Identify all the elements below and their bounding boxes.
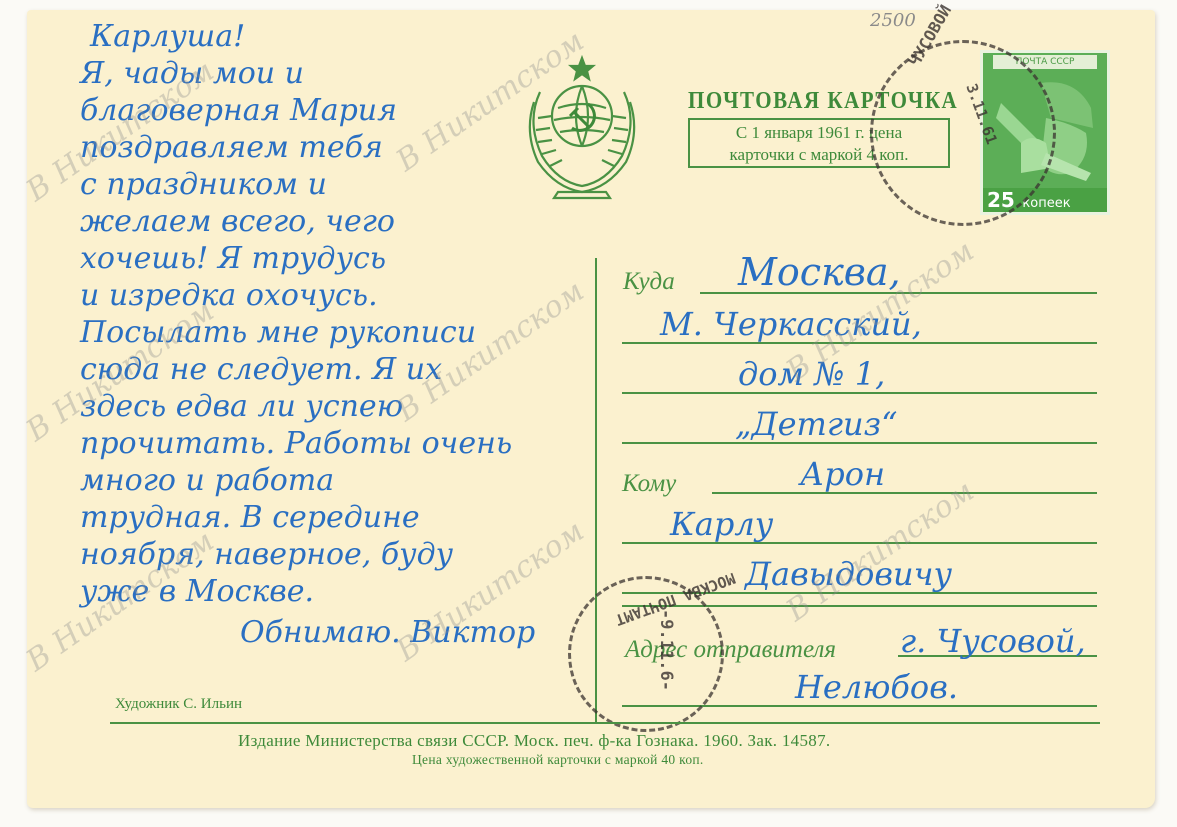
ussr-emblem-icon: [518, 52, 646, 202]
handwritten-org: „Детгиз“: [735, 405, 897, 443]
artist-credit: Художник С. Ильин: [115, 696, 242, 713]
stamp-unit: копеек: [1022, 196, 1070, 211]
handwritten-house: дом № 1,: [738, 355, 885, 393]
letter-line: сюда не следует. Я их: [80, 351, 535, 388]
handwritten-recipient-patronymic: Давыдовичу: [745, 555, 952, 593]
to-where-label: Куда: [623, 268, 675, 296]
handwritten-recipient-first: Арон: [800, 455, 885, 493]
letter-line: Обнимаю. Виктор: [240, 614, 535, 651]
letter-line: Карлуша!: [90, 18, 535, 55]
handwritten-recipient-name: Карлу: [670, 505, 773, 543]
letter-line: Посылать мне рукописи: [80, 314, 535, 351]
footer-rule: [110, 722, 1100, 724]
letter-line: хочешь! Я трудусь: [80, 240, 535, 277]
letter-line: уже в Москве.: [80, 573, 535, 610]
letter-line: Я, чады мои и: [80, 55, 535, 92]
handwritten-letter: Карлуша!Я, чады мои иблаговерная Марияпо…: [80, 18, 535, 651]
letter-line: и изредка охочусь.: [80, 277, 535, 314]
letter-line: поздравляем тебя: [80, 129, 535, 166]
letter-line: прочитать. Работы очень: [80, 425, 535, 462]
pencil-note: 2500: [870, 10, 916, 31]
to-whom-label: Кому: [622, 470, 676, 498]
letter-line: с праздником и: [80, 166, 535, 203]
letter-line: здесь едва ли успею: [80, 388, 535, 425]
letter-line: много и работа: [80, 462, 535, 499]
letter-line: благоверная Мария: [80, 92, 535, 129]
handwritten-sender-city: г. Чусовой,: [900, 622, 1086, 660]
letter-line: трудная. В середине: [80, 499, 535, 536]
postmark-bottom-date: -9.11.6-: [656, 609, 676, 691]
publisher-line: Издание Министерства связи СССР. Моск. п…: [238, 731, 830, 751]
handwritten-city: Москва,: [738, 250, 901, 294]
postmark-chusovoy: [870, 40, 1056, 226]
letter-line: желаем всего, чего: [80, 203, 535, 240]
price-line: Цена художественной карточки с маркой 40…: [412, 752, 704, 768]
handwritten-street: М. Черкасский,: [660, 305, 922, 343]
letter-line: ноября, наверное, буду: [80, 536, 535, 573]
address-line: [712, 492, 1097, 494]
handwritten-sender-name: Нелюбов.: [795, 668, 958, 706]
